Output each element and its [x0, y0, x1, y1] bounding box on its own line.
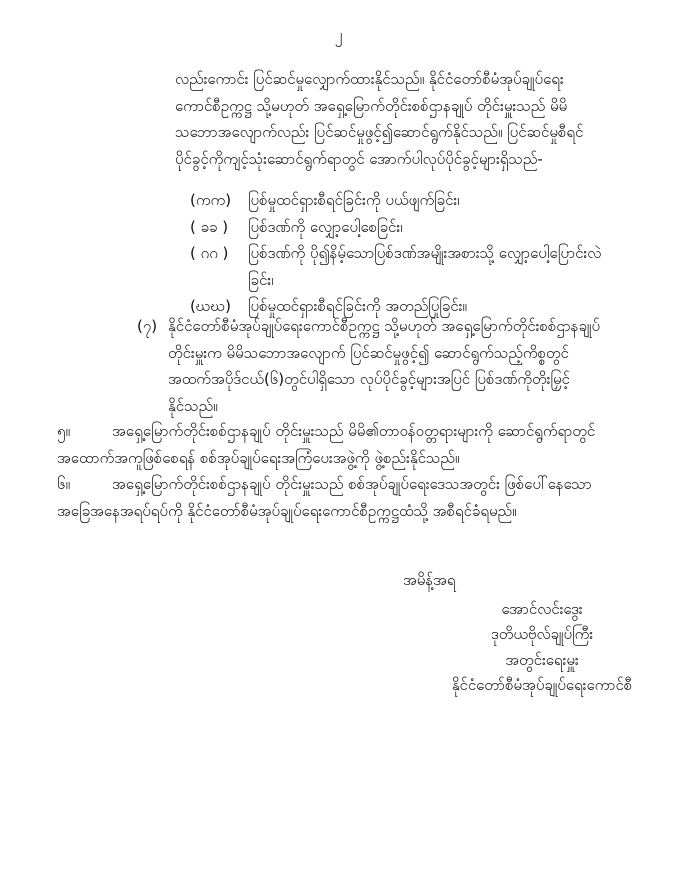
list-item-7: (၇) နိုင်ငံတော်စီမံအုပ်ချုပ်ရေးကောင်စီဥက… [137, 313, 659, 419]
paragraph-continuation: လည်းကောင်း ပြင်ဆင်မှုလျှောက်ထားနိုင်သည်။… [175, 66, 659, 172]
document-page: ၂ လည်းကောင်း ပြင်ဆင်မှုလျှောက်ထားနိုင်သည… [0, 0, 677, 883]
paragraph-first-line: ၆။ အရှေ့မြောက်တိုင်းစစ်ဌာနချုပ် တိုင်းမှ… [57, 471, 659, 498]
list-item-text: ပြစ်ဒဏ်ကို ပို၍နိမ့်သောပြစ်ဒဏ်အမျိုးအစား… [248, 240, 659, 293]
text-line: သဘောအလျောက်လည်း ပြင်ဆင်မှုဖွင့်၍ဆောင်ရွက… [175, 119, 659, 146]
text-line: ပြစ်ဒဏ်ကို လျှော့ပေါ့စေခြင်း၊ [248, 214, 659, 241]
signatory-rank: ဒုတိယဗိုလ်ချုပ်ကြီး [412, 622, 672, 647]
paragraph-number: ၅။ [57, 418, 112, 445]
list-item-label: ( ခခ ) [190, 214, 248, 241]
text-line: နိုင်သည်။ [168, 393, 659, 420]
text-line: အရှေ့မြောက်တိုင်းစစ်ဌာနချုပ် တိုင်းမှူးသ… [112, 471, 659, 498]
text-line: အထောက်အကူဖြစ်စေရန် စစ်အုပ်ချုပ်ရေးအကြံပေ… [57, 445, 659, 472]
text-line: တိုင်းမှူးက မိမိသဘောအလျောက် ပြင်ဆင်မှုဖွ… [168, 340, 659, 367]
text-line: အထက်အပိုဒ်ငယ်(၆)တွင်ပါရှိသော လုပ်ပိုင်ခွ… [168, 366, 659, 393]
list-item: ( ခခ ) ပြစ်ဒဏ်ကို လျှော့ပေါ့စေခြင်း၊ [190, 214, 659, 241]
paragraph-number: ၆။ [57, 471, 112, 498]
signatory-organization: နိုင်ငံတော်စီမံအုပ်ချုပ်ရေးကောင်စီ [412, 673, 672, 698]
text-line: လည်းကောင်း ပြင်ဆင်မှုလျှောက်ထားနိုင်သည်။… [175, 66, 659, 93]
text-line: ခြင်း၊ [248, 267, 659, 294]
signature-block: အောင်လင်းဒွေး ဒုတိယဗိုလ်ချုပ်ကြီး အတွင်း… [412, 597, 672, 698]
list-item-label: ( ဂဂ ) [190, 240, 248, 267]
paragraph-first-line: ၅။ အရှေ့မြောက်တိုင်းစစ်ဌာနချုပ် တိုင်းမှ… [57, 418, 659, 445]
signatory-name: အောင်လင်းဒွေး [412, 597, 672, 622]
sub-item-list: (ကက) ပြစ်မှုထင်ရှားစီရင်ခြင်းကို ပယ်ဖျက်… [190, 187, 659, 320]
text-line: ပိုင်ခွင့်ကိုကျင့်သုံးဆောင်ရွက်ရာတွင် အေ… [175, 146, 659, 173]
text-line: ပြစ်မှုထင်ရှားစီရင်ခြင်းကို ပယ်ဖျက်ခြင်း… [248, 187, 659, 214]
list-item-text: ပြစ်မှုထင်ရှားစီရင်ခြင်းကို ပယ်ဖျက်ခြင်း… [248, 187, 659, 214]
list-item: (ကက) ပြစ်မှုထင်ရှားစီရင်ခြင်းကို ပယ်ဖျက်… [190, 187, 659, 214]
text-line: နိုင်ငံတော်စီမံအုပ်ချုပ်ရေးကောင်စီဥက္ကဋ္… [168, 313, 659, 340]
text-line: အခြေအနေအရပ်ရပ်ကို နိုင်ငံတော်စီမံအုပ်ချု… [57, 498, 659, 525]
list-item-text: နိုင်ငံတော်စီမံအုပ်ချုပ်ရေးကောင်စီဥက္ကဋ္… [168, 313, 659, 419]
signatory-title: အတွင်းရေးမှူး [412, 648, 672, 673]
page-number: ၂ [0, 24, 677, 48]
signature-by-order: အမိန့်အရ [403, 571, 456, 593]
list-item-label: (ကက) [190, 187, 248, 214]
list-item: ( ဂဂ ) ပြစ်ဒဏ်ကို ပို၍နိမ့်သောပြစ်ဒဏ်အမျ… [190, 240, 659, 293]
paragraph-6: ၆။ အရှေ့မြောက်တိုင်းစစ်ဌာနချုပ် တိုင်းမှ… [57, 471, 659, 524]
text-line: အရှေ့မြောက်တိုင်းစစ်ဌာနချုပ် တိုင်းမှူးသ… [112, 418, 659, 445]
text-line: ပြစ်ဒဏ်ကို ပို၍နိမ့်သောပြစ်ဒဏ်အမျိုးအစား… [248, 240, 659, 267]
list-item-text: ပြစ်ဒဏ်ကို လျှော့ပေါ့စေခြင်း၊ [248, 214, 659, 241]
paragraph-5: ၅။ အရှေ့မြောက်တိုင်းစစ်ဌာနချုပ် တိုင်းမှ… [57, 418, 659, 471]
text-line: ကောင်စီဥက္ကဋ္ဌ သို့မဟုတ် အရှေ့မြောက်တိုင… [175, 93, 659, 120]
list-item-label: (၇) [137, 313, 168, 340]
